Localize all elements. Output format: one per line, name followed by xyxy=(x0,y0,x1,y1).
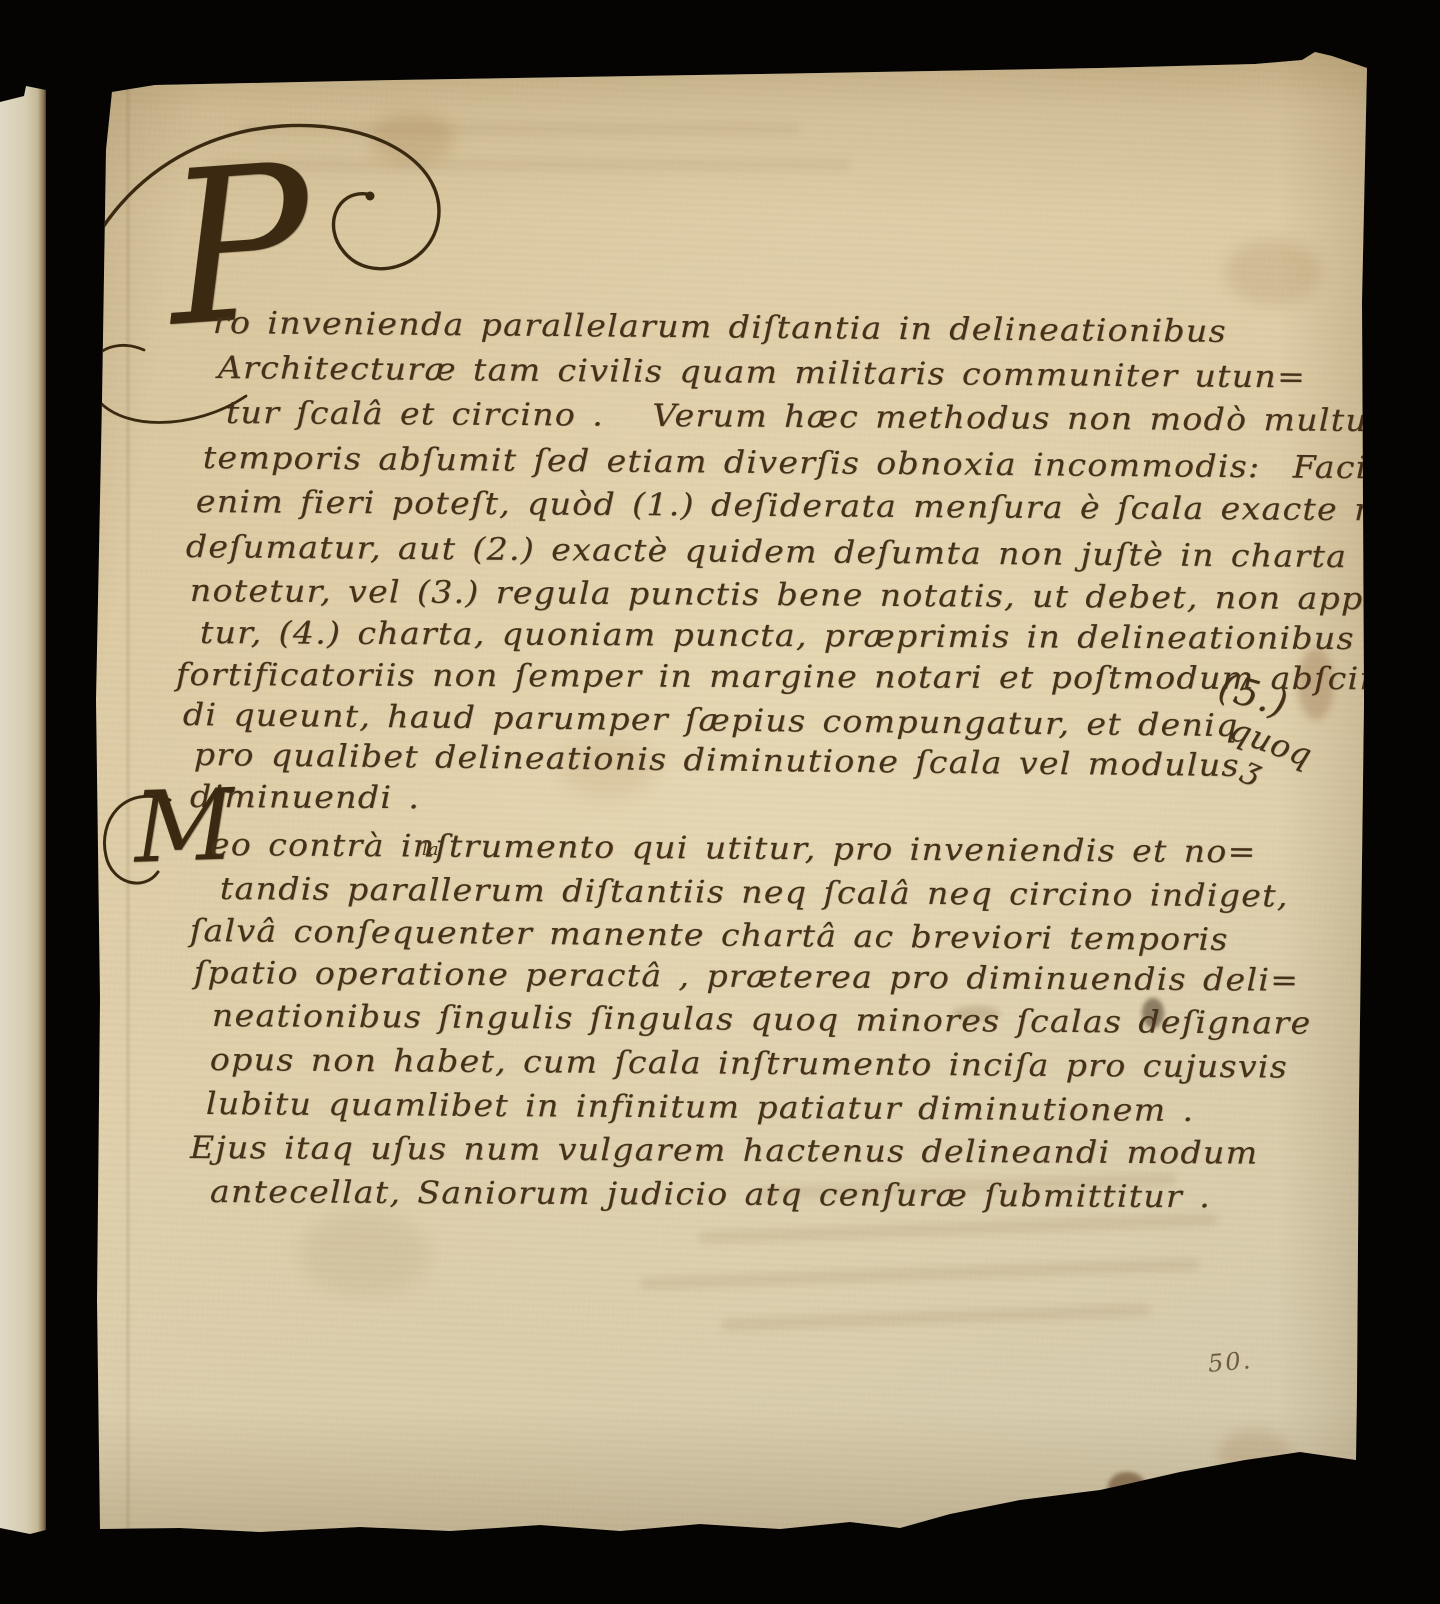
text-line: opus non habet, cum ſcala inſtrumento in… xyxy=(210,1042,1288,1086)
paper-stain xyxy=(370,112,454,164)
text-line: notetur, vel (3.) regula punctis bene no… xyxy=(190,573,1440,618)
verso-show-through-top xyxy=(200,116,920,206)
text-line: antecellat, Saniorum judicio atq cenſuræ… xyxy=(210,1174,1211,1215)
text-line: tur ſcalâ et circino . Verum hæc methodu… xyxy=(226,395,1401,439)
facing-page-edge xyxy=(0,86,46,1534)
text-line: ſpatio operatione peractâ , præterea pro… xyxy=(194,955,1300,999)
text-line: lubitu quamlibet in infinitum patiatur d… xyxy=(206,1086,1195,1129)
page-number: 50. xyxy=(1207,1346,1253,1378)
text-line: tur, (4.) charta, quoniam puncta, præpri… xyxy=(200,615,1355,657)
text-line: neationibus ſingulis ſingulas quoq minor… xyxy=(212,998,1312,1042)
fold-crease xyxy=(126,52,130,1542)
paper-stain xyxy=(1225,240,1321,304)
text-line: Architecturæ tam civilis quam militaris … xyxy=(218,350,1307,395)
text-line: enim fieri poteſt, quòd (1.) deſiderata … xyxy=(196,484,1421,529)
manuscript-page: P ro invenienda parallelarum diſtantia i… xyxy=(40,52,1370,1542)
text-line: di queunt, haud parumper ſæpius compunga… xyxy=(183,697,1239,744)
text-line: eo contrà inſtrumento qui utitur, pro in… xyxy=(210,827,1257,870)
text-line: pro qualibet delineationis diminutione ſ… xyxy=(194,737,1240,784)
text-line: ſalvâ conſequenter manente chartâ ac bre… xyxy=(190,913,1229,958)
gutter-crease xyxy=(46,52,53,1542)
manuscript-photo: P ro invenienda parallelarum diſtantia i… xyxy=(0,0,1440,1604)
text-line: Ejus itaq uſus num vulgarem hactenus del… xyxy=(190,1130,1259,1172)
text-line: ro invenienda parallelarum diſtantia in … xyxy=(213,305,1227,350)
paper-stain xyxy=(1218,1430,1292,1478)
paper-stain xyxy=(1108,1472,1146,1502)
text-line: tandis parallerum diſtantiis neq ſcalâ n… xyxy=(220,871,1289,914)
text-line: deſumatur, aut (2.) exactè quidem deſumt… xyxy=(186,529,1348,575)
abbreviation-flourish: ʒ xyxy=(1238,750,1269,789)
text-line: temporis abſumit ſed etiam diverſis obno… xyxy=(203,440,1401,486)
paper-stain xyxy=(300,1212,430,1296)
